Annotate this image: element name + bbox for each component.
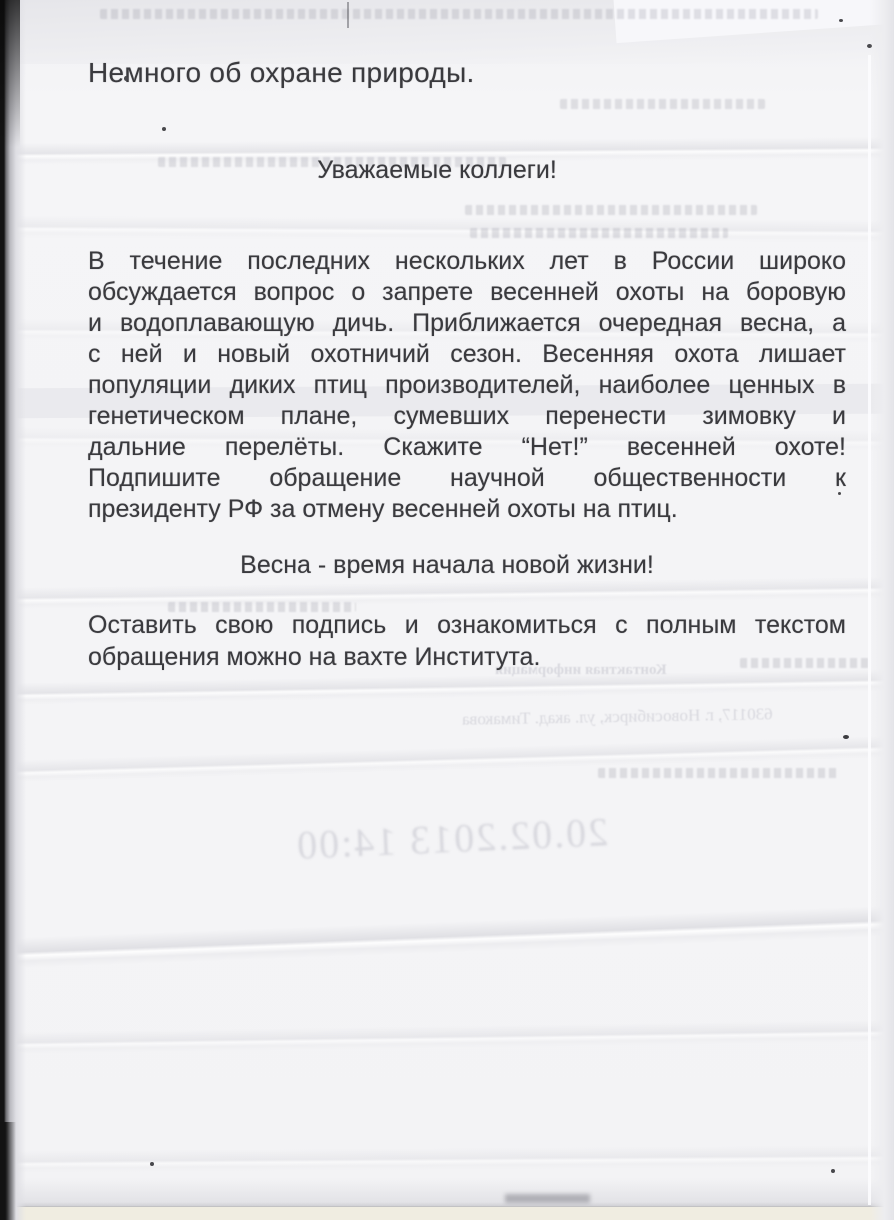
- body-line: и водоплавающую дичь. Приближается очере…: [88, 308, 846, 339]
- ink-speck: [838, 492, 841, 495]
- bleed-text-strip: [470, 228, 728, 238]
- ink-speck: [839, 19, 843, 22]
- ink-speck: [831, 1169, 835, 1173]
- bleed-address: 630117, г. Новосибирск, ул. акад. Тимако…: [462, 704, 773, 729]
- body-line: с ней и новый охотничий сезон. Весенняя …: [88, 339, 846, 370]
- scanned-page: Контактная информация 630117, г. Новосиб…: [0, 0, 894, 1220]
- footer-paragraph: Оставить свою подпись и ознакомиться с п…: [88, 609, 846, 673]
- body-line: Подпишите обращение научной общественнос…: [88, 463, 846, 494]
- body-line: дальние перелёты. Скажите “Нет!” весенне…: [88, 432, 846, 463]
- bleed-text-strip: [100, 9, 818, 19]
- page-title: Немного об охране природы.: [88, 57, 848, 89]
- scanner-edge-left: [0, 0, 26, 1220]
- ink-speck: [843, 735, 849, 739]
- ink-speck: [150, 1162, 154, 1166]
- crease-line: [0, 1145, 894, 1174]
- body-line: популяции диких птиц производителей, наи…: [88, 370, 846, 401]
- bleed-text-strip: [598, 768, 838, 778]
- crease-line: [0, 576, 894, 609]
- salutation: Уважаемые коллеги!: [7, 156, 867, 185]
- slogan: Весна - время начала новой жизни!: [7, 551, 887, 580]
- footer-line: Оставить свою подпись и ознакомиться с п…: [88, 609, 846, 641]
- crease-line: [0, 1019, 894, 1054]
- page-edge-right: [870, 0, 894, 1220]
- body-line: В течение последних нескольких лет в Рос…: [88, 246, 846, 277]
- scanner-corner-bottom-left: [0, 1122, 18, 1220]
- body-line: президенту РФ за отмену весенней охоты н…: [88, 494, 846, 525]
- fold-line-major: [0, 905, 894, 969]
- footer-line: обращения можно на вахте Института.: [88, 641, 846, 673]
- scratch-mark: [347, 2, 349, 28]
- bleed-datetime: 20.02.2013 14:00: [294, 808, 609, 869]
- bottom-shadow-band: [0, 1178, 894, 1208]
- ink-speck: [124, 76, 128, 81]
- under-sheet: [0, 1206, 894, 1220]
- crease-line: [0, 216, 894, 243]
- scanner-corner-top-left: [0, 0, 20, 160]
- ink-smudge: [505, 1194, 590, 1203]
- ink-speck: [162, 127, 166, 131]
- body-line: обсуждается вопрос о запрете весенней ох…: [88, 277, 846, 308]
- bleed-text-strip: [560, 99, 765, 109]
- bleed-text-strip: [465, 205, 757, 215]
- fold-line-right: [868, 55, 871, 1205]
- body-line: генетическом плане, сумевших перенести з…: [88, 401, 846, 432]
- crease-line: [0, 669, 894, 706]
- body-paragraph: В течение последних нескольких лет в Рос…: [88, 246, 846, 525]
